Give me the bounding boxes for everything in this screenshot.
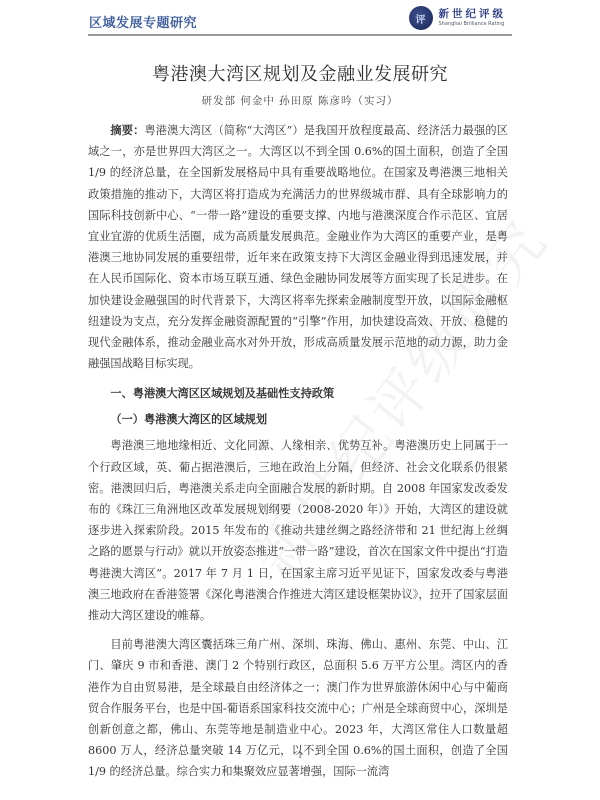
document-body: 摘要：粤港澳大湾区（简称“大湾区”）是我国开放程度最高、经济活力最强的区域之一，…: [88, 120, 508, 783]
body-paragraph: 粤港澳三地地缘相近、文化同源、人缘相亲、优势互补。粤港澳历史上同属于一个行政区域…: [88, 435, 508, 626]
abstract-text: 粤港澳大湾区（简称“大湾区”）是我国开放程度最高、经济活力最强的区域之一，亦是世…: [88, 124, 508, 370]
logo-emblem-icon: 评: [409, 6, 433, 30]
company-logo: 评 新世纪评级 Shanghai Brilliance Rating: [409, 5, 507, 31]
logo-name-cn: 新世纪评级: [439, 8, 507, 20]
page-number: 1: [0, 750, 600, 760]
document-title: 粤港澳大湾区规划及金融业发展研究: [0, 60, 600, 86]
abstract-label: 摘要：: [110, 124, 144, 137]
logo-text: 新世纪评级 Shanghai Brilliance Rating: [439, 8, 507, 28]
section-label: 区域发展专题研究: [89, 12, 197, 31]
abstract-paragraph: 摘要：粤港澳大湾区（简称“大湾区”）是我国开放程度最高、经济活力最强的区域之一，…: [88, 120, 508, 374]
section-heading: 一、粤港澳大湾区区域规划及基础性支持政策: [88, 383, 508, 405]
document-authors: 研发部 何金中 孙田原 陈彦吟（实习）: [0, 93, 600, 108]
body-paragraph: 目前粤港澳大湾区囊括珠三角广州、深圳、珠海、佛山、惠州、东莞、中山、江门、肇庆 …: [88, 634, 508, 782]
page-header: 区域发展专题研究 评 新世纪评级 Shanghai Brilliance Rat…: [88, 0, 512, 36]
subsection-heading: （一）粤港澳大湾区的区域规划: [88, 409, 508, 431]
logo-name-en: Shanghai Brilliance Rating: [439, 20, 507, 28]
